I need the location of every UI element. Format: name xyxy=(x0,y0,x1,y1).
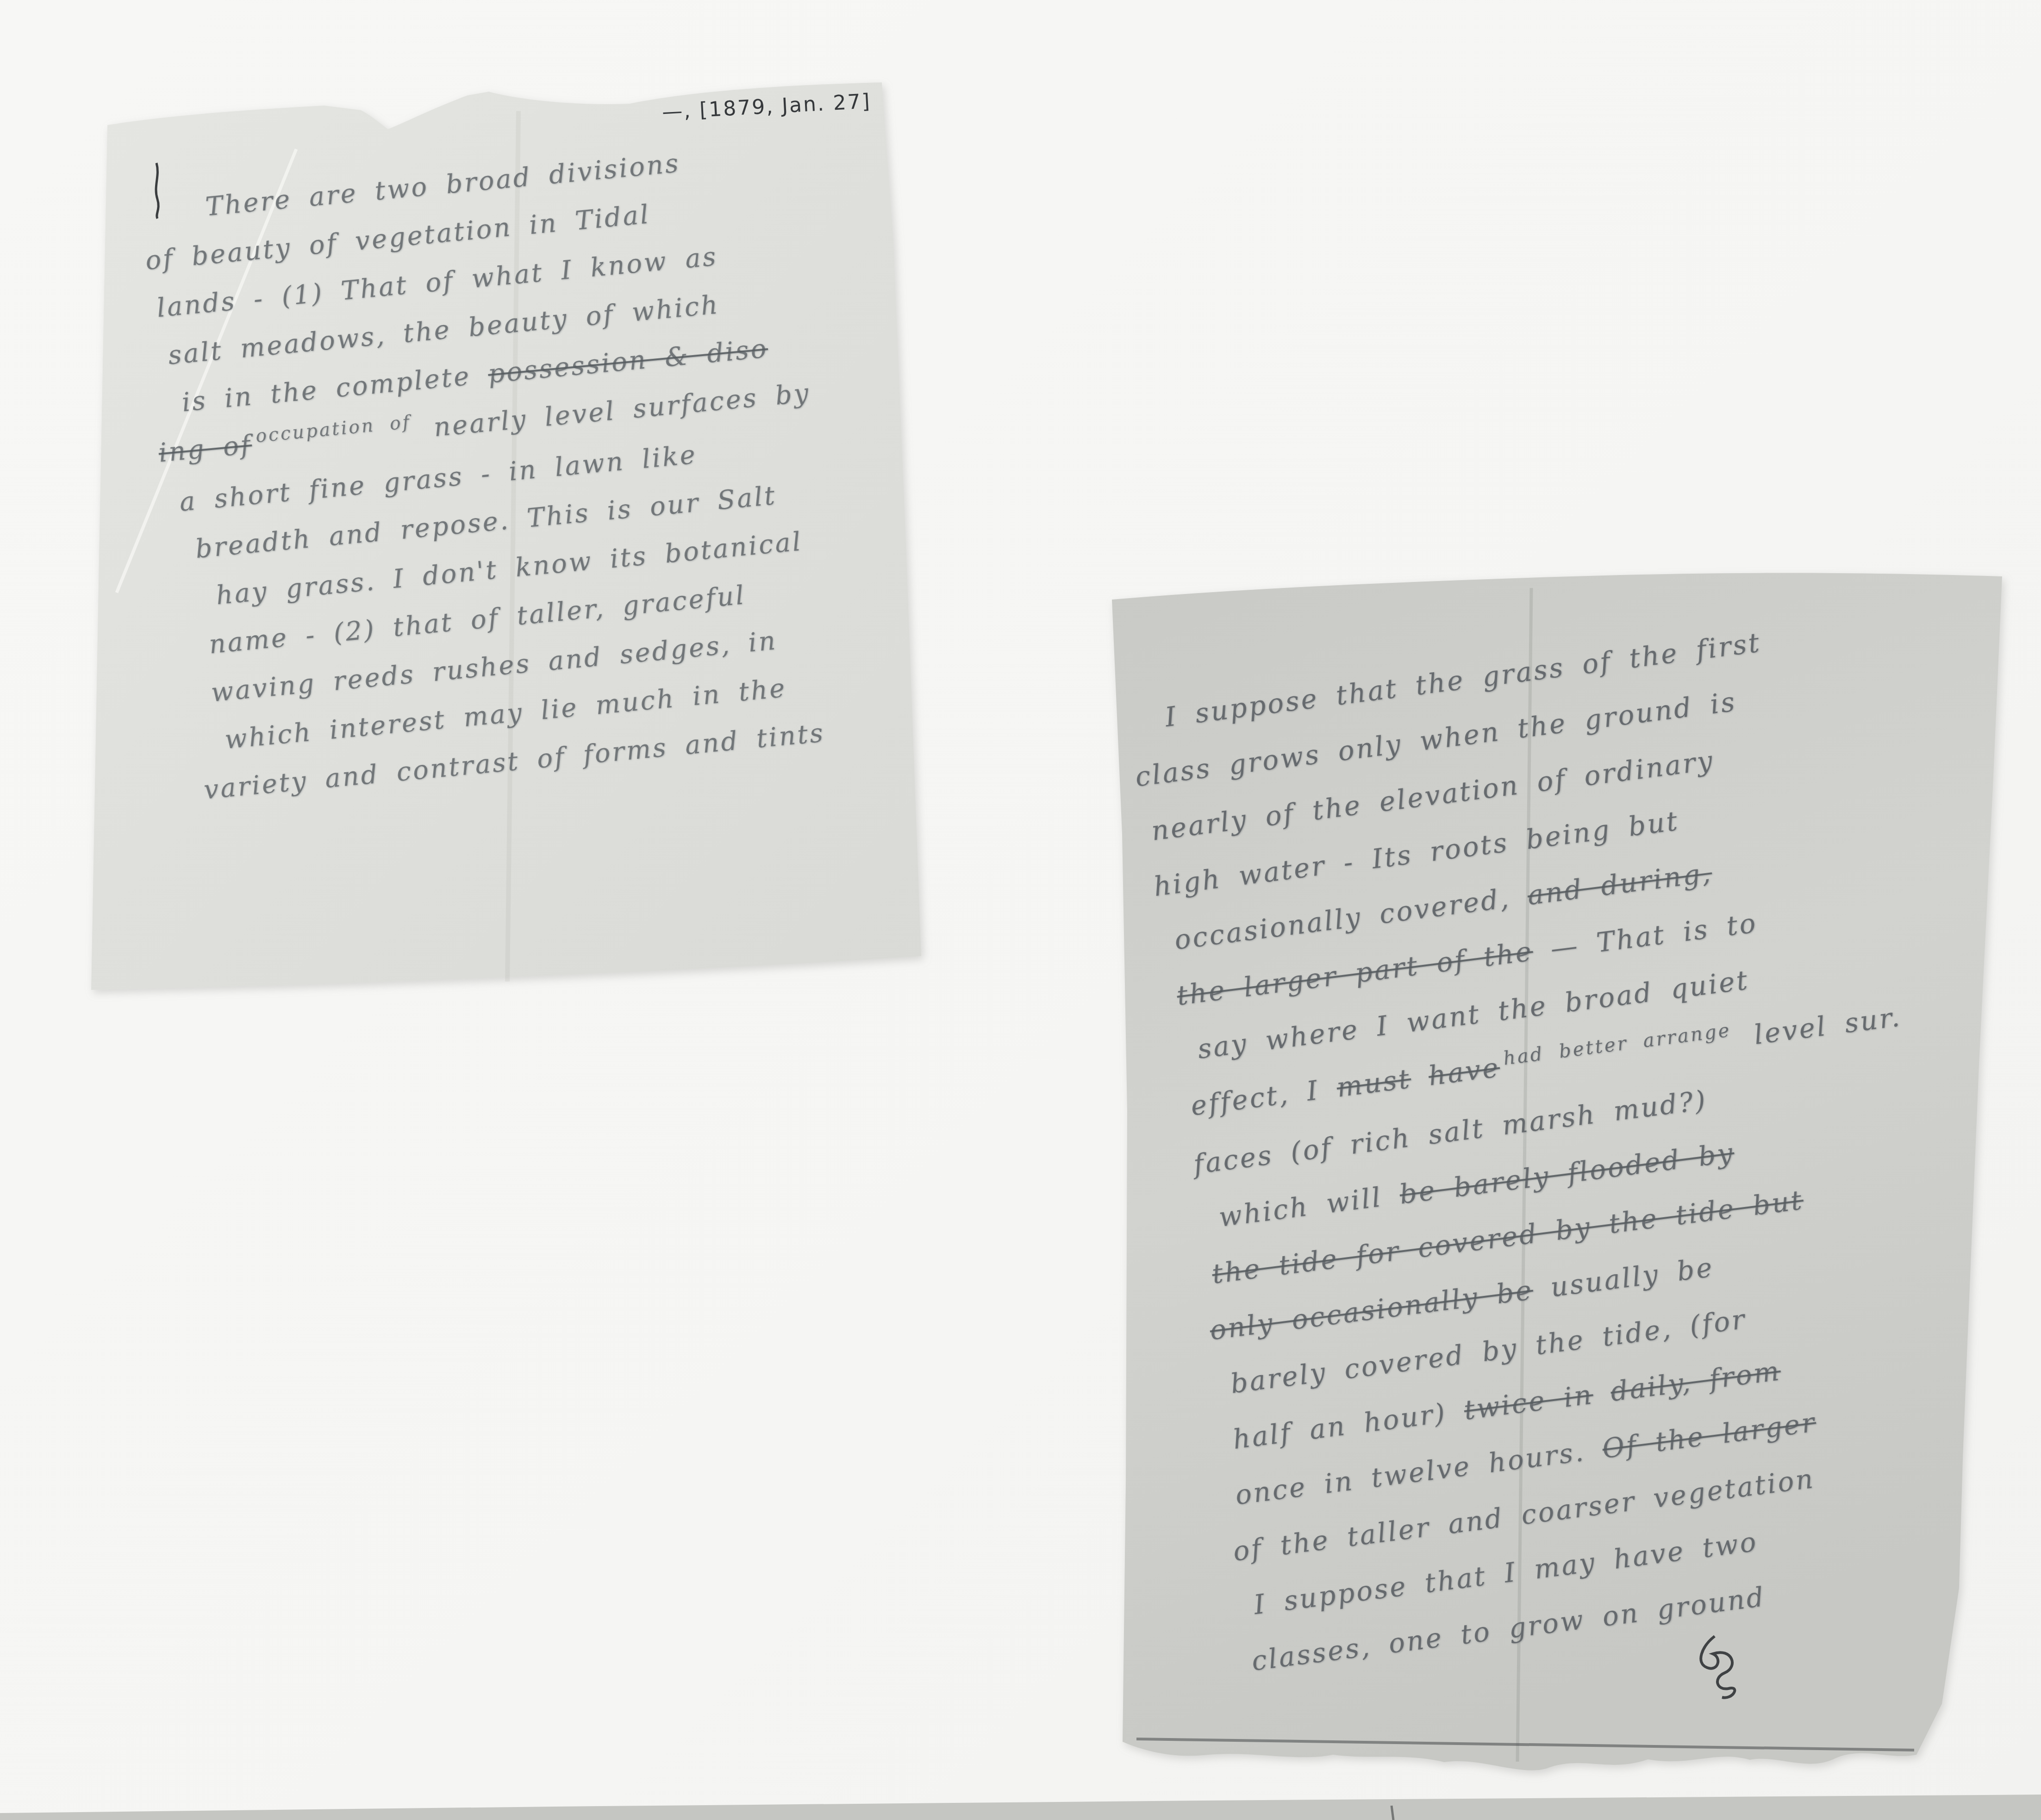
scan-background: —, [1879, Jan. 27] There are two broad d… xyxy=(0,0,2041,1820)
struck-text: daily, from xyxy=(1609,1355,1782,1407)
text-segment: level sur. xyxy=(1735,1001,1903,1053)
struck-text: must xyxy=(1335,1063,1413,1103)
text-segment: effect, I xyxy=(1189,1072,1339,1122)
struck-text: twice in xyxy=(1462,1378,1595,1426)
text-segment: usually be xyxy=(1531,1251,1716,1306)
text-segment: which will xyxy=(1217,1179,1402,1233)
struck-text: and during, xyxy=(1526,857,1714,911)
right-page-handwriting: I suppose that the grass of the firstcla… xyxy=(1125,587,2041,1689)
left-page-handwriting: There are two broad divisionsof beauty o… xyxy=(134,114,1004,816)
struck-text: have xyxy=(1427,1051,1502,1092)
struck-text: ing of xyxy=(157,430,253,468)
bottom-page-edge-strip xyxy=(0,1795,2041,1820)
